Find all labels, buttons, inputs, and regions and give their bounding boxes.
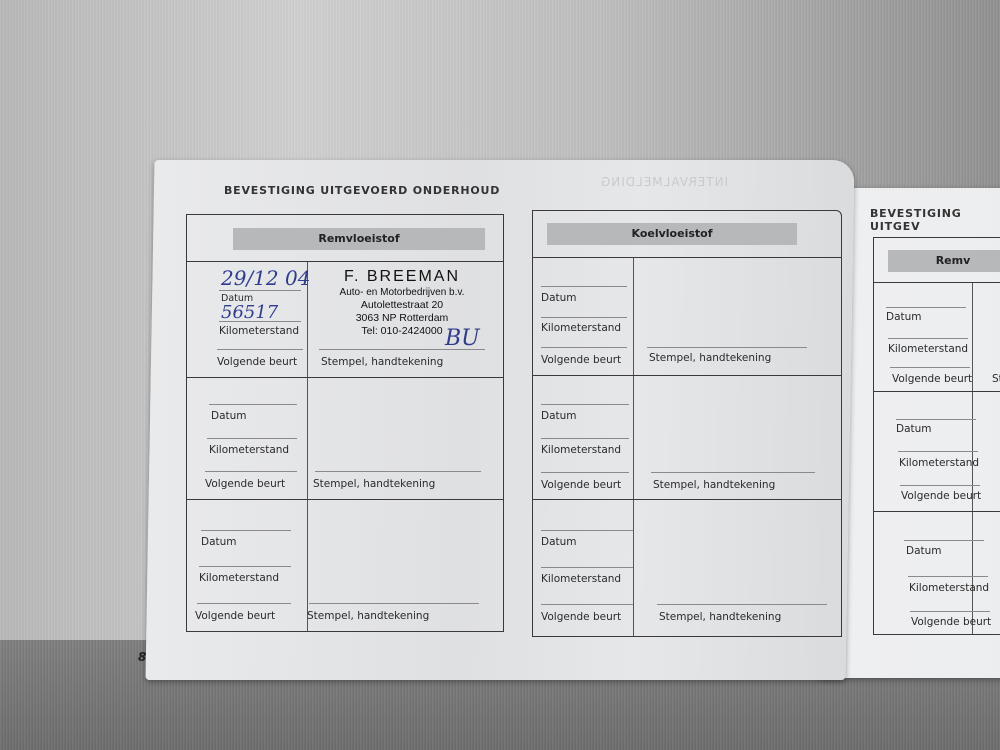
form-row: Datum Kilometerstand Volgende beurt <box>874 511 1000 512</box>
datum-label: Datum <box>541 410 577 422</box>
datum-label: Datum <box>211 410 247 422</box>
next-service-label: Volgende beurt <box>911 616 991 628</box>
form-title: Remvloeistof <box>233 228 485 250</box>
form-row: Datum Kilometerstand Volgende beurt Stem… <box>533 499 841 500</box>
next-service-label: Volgende beurt <box>541 611 621 623</box>
datum-label: Datum <box>541 292 577 304</box>
stamp-label: Stempel, handtekening <box>313 478 435 490</box>
datum-label: Datum <box>201 536 237 548</box>
next-service-label: Volgende beurt <box>195 610 275 622</box>
kilometer-label: Kilometerstand <box>899 457 979 469</box>
stamp-dealer-name: F. BREEMAN <box>317 268 487 286</box>
datum-label: Datum <box>896 423 932 435</box>
right-form: Remv Datum Kilometerstand Volgende beurt… <box>873 237 1000 635</box>
kilometer-label: Kilometerstand <box>541 573 621 585</box>
form-title: Koelvloeistof <box>547 223 797 245</box>
form-row: Datum Kilometerstand Volgende beurt <box>874 391 1000 392</box>
stamp-street: Autolettestraat 20 <box>317 299 487 311</box>
stamp-label: Stempel, handtekening <box>653 479 775 491</box>
handwritten-date: 29/12 04 <box>221 266 310 290</box>
stamp-company: Auto- en Motorbedrijven b.v. <box>317 287 487 298</box>
stamp-label: Stempel, handtekening <box>659 611 781 623</box>
next-service-label: Volgende beurt <box>541 354 621 366</box>
next-service-label: Volgende beurt <box>217 356 297 368</box>
form-row: Datum Kilometerstand Volgende beurt Stem… <box>533 257 841 258</box>
column-divider <box>307 261 308 631</box>
datum-label: Datum <box>906 545 942 557</box>
form-row: Datum Kilometerstand Volgende beurt St <box>874 282 1000 283</box>
handwritten-km: 56517 <box>221 302 278 323</box>
kilometer-label: Kilometerstand <box>209 444 289 456</box>
next-service-label: Volgende beurt <box>892 373 972 385</box>
kilometer-label: Kilometerstand <box>219 325 299 337</box>
form-row: Datum Kilometerstand Volgende beurt Stem… <box>187 499 503 500</box>
datum-label: Datum <box>886 311 922 323</box>
page-number: 8 <box>138 650 146 664</box>
datum-label: Datum <box>541 536 577 548</box>
stamp-label: Stempel, handtekening <box>307 610 429 622</box>
right-page-heading: BEVESTIGING UITGEV <box>870 207 1000 233</box>
stamp-label: Stempel, handtekening <box>649 352 771 364</box>
stamp-label: St <box>992 373 1000 385</box>
kilometer-label: Kilometerstand <box>888 343 968 355</box>
form-row: 29/12 04 Datum 56517 Kilometerstand Volg… <box>187 261 503 262</box>
stamp-label: Stempel, handtekening <box>321 356 443 368</box>
kilometer-label: Kilometerstand <box>909 582 989 594</box>
stamp-city: 3063 NP Rotterdam <box>317 312 487 324</box>
handwritten-initials: BU <box>445 326 480 351</box>
form-row: Datum Kilometerstand Volgende beurt Stem… <box>533 375 841 376</box>
right-form-title: Remv <box>888 250 1000 272</box>
kilometer-label: Kilometerstand <box>541 322 621 334</box>
next-service-label: Volgende beurt <box>901 490 981 502</box>
kilometer-label: Kilometerstand <box>541 444 621 456</box>
form-koelvloeistof: Koelvloeistof Datum Kilometerstand Volge… <box>532 210 842 637</box>
next-service-label: Volgende beurt <box>205 478 285 490</box>
mirrored-bleedthrough-text: INTERVALMELDING <box>600 175 728 189</box>
kilometer-label: Kilometerstand <box>199 572 279 584</box>
form-row: Datum Kilometerstand Volgende beurt Stem… <box>187 377 503 378</box>
next-service-label: Volgende beurt <box>541 479 621 491</box>
form-remvloeistof: Remvloeistof 29/12 04 Datum 56517 Kilome… <box>186 214 504 632</box>
page-heading: BEVESTIGING UITGEVOERD ONDERHOUD <box>224 184 500 197</box>
column-divider <box>633 257 634 636</box>
